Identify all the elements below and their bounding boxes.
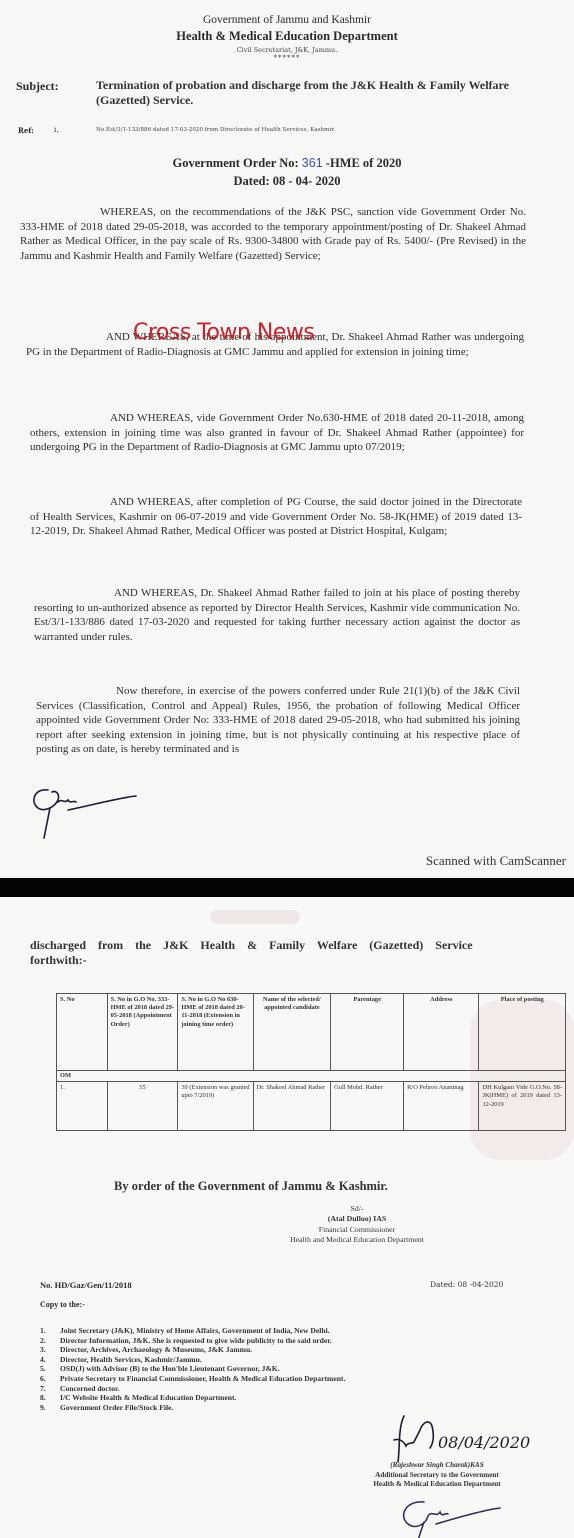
order-number: Government Order No: 361 -HME of 2020 [0,156,574,171]
paragraph-1: WHEREAS, on the recommendations of the J… [20,205,526,263]
list-item: 7.Concerned doctor. [40,1384,345,1394]
order-number-handwritten: 361 [302,156,323,170]
list-item: 4.Director, Health Services, Kashmir/Jam… [40,1355,345,1365]
table-group-row: OM [57,1071,566,1082]
table-header-row: S. No S. No in G.O No. 333-HME of 2018 d… [57,994,566,1071]
continuation-line-2: forthwith:- [30,953,574,968]
list-item: 2.Director Information, J&K. She is requ… [40,1336,345,1346]
paragraph-4: AND WHEREAS, after completion of PG Cour… [30,495,522,539]
copy-to-list: 1.Joint Secretary (J&K), Ministry of Hom… [40,1326,345,1412]
endorsement-date: Dated: 08 -04-2020 [430,1280,503,1289]
paragraph-5-text: AND WHEREAS, Dr. Shakeel Ahmad Rather fa… [34,587,520,643]
table-header: Parentage [331,994,404,1071]
reference-text: No.Est/3/1-133/886 dated 17-03-2020 from… [96,127,335,133]
list-item: 9.Government Order File/Stock File. [40,1403,345,1413]
signatory-1-dept: Health and Medical Education Department [140,1235,574,1245]
list-item: 3.Director, Archives, Archaeology & Muse… [40,1345,345,1355]
cell-sno: 1. [57,1082,108,1131]
cell-address: R/O Pehroo Anantnag [404,1082,479,1131]
order-prefix: Government Order No: [173,156,302,170]
list-item: 6.Private Secretary to Financial Commiss… [40,1374,345,1384]
by-order-line: By order of the Government of Jammu & Ka… [114,1179,388,1194]
paragraph-3: AND WHEREAS, vide Government Order No.63… [30,411,524,455]
office-location: Civil Secretariat, J&K, Jammu. [0,46,574,54]
reference-label: Ref: [18,126,34,135]
table-header: Name of the selected/ appointed candidat… [253,994,331,1071]
government-name: Government of Jammu and Kashmir [0,14,574,26]
signatory-2-block: (Rajeshwar Singh Charak)KAS Additional S… [0,1461,574,1490]
scanner-footer: Scanned with CamScanner [426,853,566,869]
subject-text: Termination of probation and discharge f… [96,78,536,108]
paragraph-3-text: AND WHEREAS, vide Government Order No.63… [30,412,524,453]
paragraph-6-text: Now therefore, in exercise of the powers… [36,685,520,755]
group-label: OM [57,1071,566,1082]
header-stars: ****** [0,54,574,62]
cell-parentage: Gull Mohd. Rather [331,1082,404,1131]
signatory-2-dept: Health & Medical Education Department [300,1480,574,1490]
initials-signature-icon [396,1496,506,1538]
table-header: S. No [57,994,108,1071]
paragraph-1-text: WHEREAS, on the recommendations of the J… [20,206,526,262]
cell-name: Dr. Shakeel Ahmad Rather [253,1082,331,1131]
signatory-1-name: (Atal Dulloo) IAS [140,1214,574,1224]
order-date: Dated: 08 - 04- 2020 [0,174,574,189]
endorsement-number: No. HD/Gaz/Gen/11/2018 [40,1280,132,1290]
order-suffix: -HME of 2020 [323,156,402,170]
table-row: 1. 55 39 (Extension was granted upto 7/2… [57,1082,566,1131]
cell-go333: 55 [107,1082,178,1131]
table-header: Place of posting [479,994,566,1071]
watermark: Cross Town News [133,320,314,345]
cell-posting: DH Kulgam Vide G.O.No. 58-JK(HME) of 201… [479,1082,566,1131]
department-name: Health & Medical Education Department [0,29,574,44]
copy-to-label: Copy to the:- [40,1300,85,1309]
paragraph-6: Now therefore, in exercise of the powers… [36,684,520,757]
list-item: 1.Joint Secretary (J&K), Ministry of Hom… [40,1326,345,1336]
svg-text:08/04/2020: 08/04/2020 [438,1433,530,1452]
continuation-text: discharged from the J&K Health & Family … [30,938,574,968]
signatory-2-name: (Rajeshwar Singh Charak)KAS [300,1461,574,1471]
signatory-1-title: Financial Commissioner [140,1225,574,1235]
sd-mark: Sd/- [140,1204,574,1214]
paragraph-5: AND WHEREAS, Dr. Shakeel Ahmad Rather fa… [34,586,520,644]
subject-label: Subject: [16,79,59,94]
cell-go630: 39 (Extension was granted upto 7/2019) [178,1082,253,1131]
signatory-1-block: Sd/- (Atal Dulloo) IAS Financial Commiss… [0,1204,574,1246]
stamp-smudge [210,910,300,924]
handwritten-signature-icon: 08/04/2020 [390,1412,570,1464]
continuation-line-1: discharged from the J&K Health & Family … [30,938,574,953]
initials-signature-icon [28,778,138,840]
signatory-2-title: Additional Secretary to the Government [300,1471,574,1481]
list-item: 8.I/C Website Health & Medical Education… [40,1393,345,1403]
reference-number: i. [54,126,58,134]
table-header: S. No in G.O No. 333-HME of 2018 dated 2… [107,994,178,1071]
page-separator [0,878,574,897]
table-header: S. No in G.O No 630-HME of 2018 dated 20… [178,994,253,1071]
list-item: 5.OSD(J) with Advisor (B) to the Hon'ble… [40,1364,345,1374]
table-header: Address [404,994,479,1071]
officer-table: S. No S. No in G.O No. 333-HME of 2018 d… [56,993,566,1131]
paragraph-4-text: AND WHEREAS, after completion of PG Cour… [30,496,522,537]
